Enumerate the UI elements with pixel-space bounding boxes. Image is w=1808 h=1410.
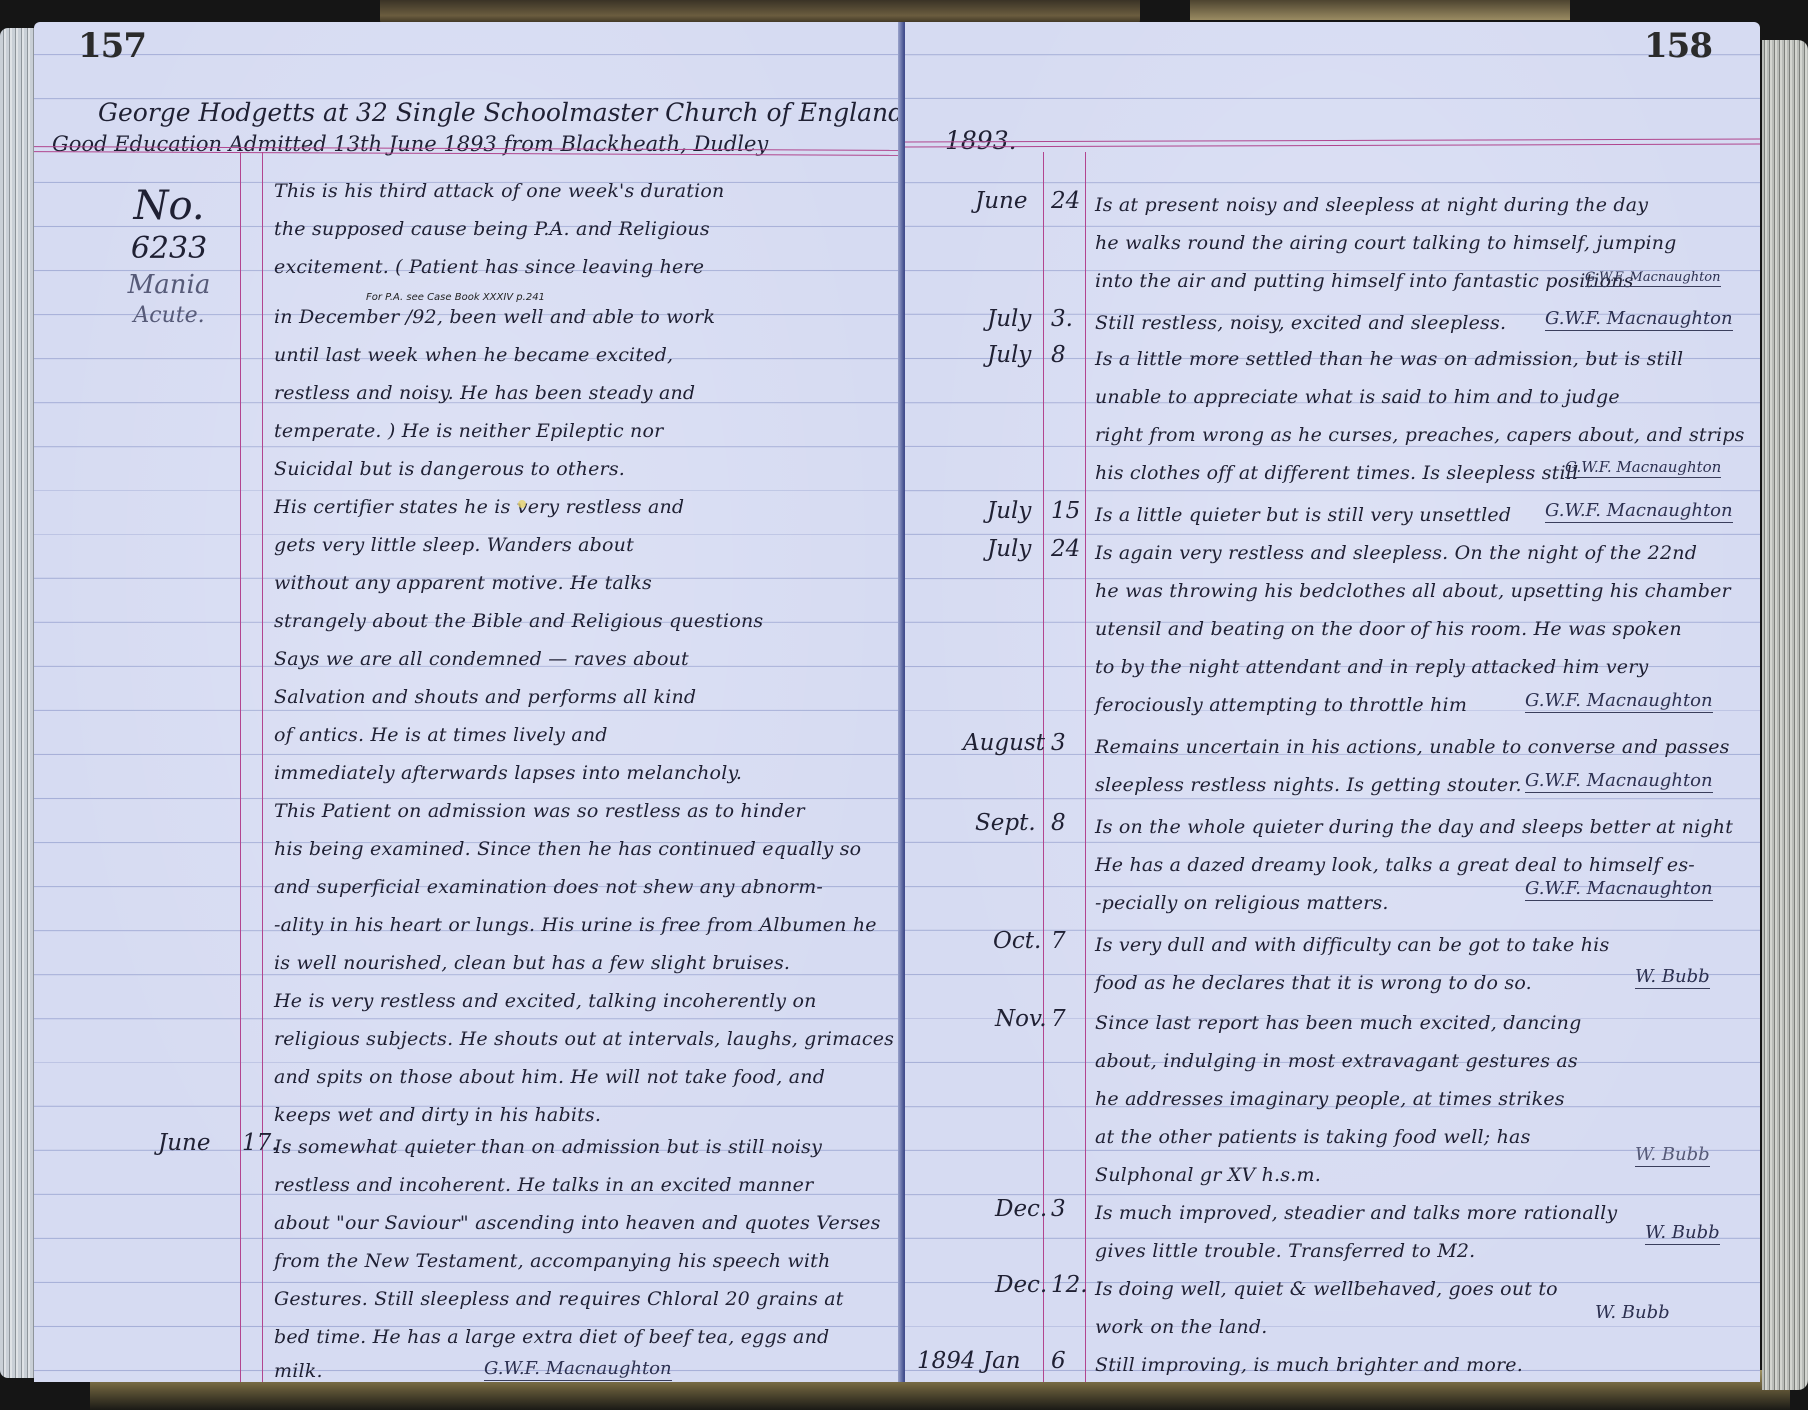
entry-line: unable to appreciate what is said to him… — [1095, 386, 1620, 408]
note-line: religious subjects. He shouts out at int… — [274, 1028, 894, 1050]
entry-line: he walks round the airing court talking … — [1095, 232, 1677, 254]
entry-month: July — [987, 306, 1031, 332]
doctor-signature: G.W.F. Macnaughton — [1565, 458, 1721, 478]
doctor-signature: W. Bubb — [1635, 966, 1710, 989]
entry-line: bed time. He has a large extra diet of b… — [274, 1326, 829, 1348]
entry-line: he addresses imaginary people, at times … — [1095, 1088, 1565, 1110]
entry-day: 24 — [1051, 188, 1080, 214]
doctor-signature: G.W.F. Macnaughton — [1525, 878, 1713, 901]
entry-line: Is on the whole quieter during the day a… — [1095, 816, 1733, 838]
entry-line: utensil and beating on the door of his r… — [1095, 618, 1682, 640]
entry-line: Is a little more settled than he was on … — [1095, 348, 1683, 370]
entry-line: Is again very restless and sleepless. On… — [1095, 542, 1697, 564]
entry-month: July — [987, 536, 1031, 562]
margin-rule — [240, 152, 241, 1382]
entry-month: June — [975, 188, 1027, 214]
entry-line: to by the night attendant and in reply a… — [1095, 656, 1648, 678]
entry-month: 1894 Jan — [917, 1348, 1021, 1374]
entry-month: July — [987, 498, 1031, 524]
note-line: strangely about the Bible and Religious … — [274, 610, 763, 632]
entry-day: 7 — [1051, 1006, 1066, 1032]
note-line: Says we are all condemned — raves about — [274, 648, 689, 670]
entry-line: restless and incoherent. He talks in an … — [274, 1174, 813, 1196]
note-line: temperate. ) He is neither Epileptic nor — [274, 420, 663, 442]
doctor-signature: G.W.F. Macnaughton — [484, 1358, 672, 1381]
case-book-annotation: For P.A. see Case Book XXXIV p.241 — [366, 292, 545, 303]
entry-day: 3 — [1051, 730, 1066, 756]
entry-line: gives little trouble. Transferred to M2. — [1095, 1240, 1475, 1262]
entry-line: milk. — [274, 1360, 323, 1382]
note-line: restless and noisy. He has been steady a… — [274, 382, 695, 404]
page-number: 157 — [78, 26, 146, 66]
note-line: without any apparent motive. He talks — [274, 572, 652, 594]
note-line: until last week when he became excited, — [274, 344, 673, 366]
entry-month: Dec. — [995, 1196, 1047, 1222]
note-line: in December /92, been well and able to w… — [274, 306, 715, 328]
header-rule — [905, 139, 1760, 148]
paper-stain — [518, 500, 526, 508]
entry-month: August — [963, 730, 1045, 756]
entry-month: Nov. — [995, 1006, 1047, 1032]
entry-line: into the air and putting himself into fa… — [1095, 270, 1634, 292]
page-number: 158 — [1644, 26, 1712, 66]
note-line: This Patient on admission was so restles… — [274, 800, 805, 822]
entry-month: July — [987, 342, 1031, 368]
entry-line: Is very dull and with difficulty can be … — [1095, 934, 1609, 956]
left-page: 157 George Hodgetts at 32 Single Schoolm… — [34, 22, 903, 1382]
entry-month: June — [158, 1130, 210, 1156]
entry-day: 24 — [1051, 536, 1080, 562]
note-line: his being examined. Since then he has co… — [274, 838, 861, 860]
entry-line: sleepless restless nights. Is getting st… — [1095, 774, 1522, 796]
entry-line: Since last report has been much excited,… — [1095, 1012, 1581, 1034]
entry-day: 3. — [1051, 306, 1073, 332]
margin-rule — [262, 152, 263, 1382]
entry-month: Sept. — [975, 810, 1036, 836]
entry-line: Still improving, is much brighter and mo… — [1095, 1354, 1523, 1376]
entry-line: He has a dazed dreamy look, talks a grea… — [1095, 854, 1695, 876]
entry-line: from the New Testament, accompanying his… — [274, 1250, 830, 1272]
entry-line: Is somewhat quieter than on admission bu… — [274, 1136, 822, 1158]
note-line: excitement. ( Patient has since leaving … — [274, 256, 704, 278]
entry-day: 12. — [1051, 1272, 1088, 1298]
case-number: 6233 — [94, 230, 244, 268]
note-line: of antics. He is at times lively and — [274, 724, 608, 746]
note-line: the supposed cause being P.A. and Religi… — [274, 218, 710, 240]
patient-header-line1: George Hodgetts at 32 Single Schoolmaste… — [98, 98, 903, 127]
page-stack-left-edge — [0, 28, 34, 1378]
entry-day: 6 — [1051, 1348, 1066, 1374]
entry-line: Still restless, noisy, excited and sleep… — [1095, 312, 1506, 334]
note-line: Suicidal but is dangerous to others. — [274, 458, 625, 480]
entry-line: -pecially on religious matters. — [1095, 892, 1389, 914]
entry-month: Oct. — [993, 928, 1041, 954]
doctor-signature: W. Bubb — [1635, 1144, 1710, 1167]
entry-line: his clothes off at different times. Is s… — [1095, 462, 1578, 484]
doctor-signature: W. Bubb — [1595, 1302, 1670, 1324]
doctor-signature: W. Bubb — [1645, 1222, 1720, 1245]
entry-line: right from wrong as he curses, preaches,… — [1095, 424, 1745, 446]
entry-day: 15 — [1051, 498, 1080, 524]
book-binding-top-right — [1190, 0, 1570, 20]
entry-line: about, indulging in most extravagant ges… — [1095, 1050, 1578, 1072]
entry-line: at the other patients is taking food wel… — [1095, 1126, 1531, 1148]
entry-day: 7 — [1051, 928, 1066, 954]
doctor-signature: G.W.F. Macnaughton — [1545, 308, 1733, 331]
note-line: and spits on those about him. He will no… — [274, 1066, 825, 1088]
entry-day: 8 — [1051, 810, 1066, 836]
entry-line: about "our Saviour" ascending into heave… — [274, 1212, 881, 1234]
entry-line: Is at present noisy and sleepless at nig… — [1095, 194, 1648, 216]
doctor-signature: G.W.F. Macnaughton — [1525, 770, 1713, 793]
entry-line: work on the land. — [1095, 1316, 1267, 1338]
note-line: His certifier states he is very restless… — [274, 496, 684, 518]
entry-line: Sulphonal gr XV h.s.m. — [1095, 1164, 1321, 1186]
doctor-signature: G.W.F. Macnaughton — [1585, 270, 1721, 287]
note-line: immediately afterwards lapses into melan… — [274, 762, 742, 784]
entry-line: ferociously attempting to throttle him — [1095, 694, 1467, 716]
note-line: -ality in his heart or lungs. His urine … — [274, 914, 877, 936]
note-line: This is his third attack of one week's d… — [274, 180, 724, 202]
note-line: and superficial examination does not she… — [274, 876, 823, 898]
diagnosis-type: Acute. — [94, 302, 244, 330]
page-stack-right-edge — [1762, 40, 1808, 1390]
note-line: He is very restless and excited, talking… — [274, 990, 817, 1012]
entry-line: Remains uncertain in his actions, unable… — [1095, 736, 1730, 758]
entry-line: Is doing well, quiet & wellbehaved, goes… — [1095, 1278, 1558, 1300]
entry-month: Dec. — [995, 1272, 1047, 1298]
entry-line: food as he declares that it is wrong to … — [1095, 972, 1532, 994]
case-no-label: No. — [94, 182, 244, 230]
entry-day: 3 — [1051, 1196, 1066, 1222]
date-column-rule — [1085, 152, 1086, 1382]
doctor-signature: G.W.F. Macnaughton — [1525, 690, 1713, 713]
entry-line: Is much improved, steadier and talks mor… — [1095, 1202, 1617, 1224]
right-page: 158 1893. June 24 Is at present noisy an… — [905, 22, 1760, 1382]
diagnosis-form: Mania — [94, 268, 244, 302]
note-line: Salvation and shouts and performs all ki… — [274, 686, 696, 708]
entry-line: he was throwing his bedclothes all about… — [1095, 580, 1731, 602]
doctor-signature: G.W.F. Macnaughton — [1545, 500, 1733, 523]
note-line: is well nourished, clean but has a few s… — [274, 952, 790, 974]
entry-day: 8 — [1051, 342, 1066, 368]
entry-line: Is a little quieter but is still very un… — [1095, 504, 1511, 526]
note-line: keeps wet and dirty in his habits. — [274, 1104, 601, 1126]
note-line: gets very little sleep. Wanders about — [274, 534, 634, 556]
entry-line: Gestures. Still sleepless and requires C… — [274, 1288, 844, 1310]
case-margin: No. 6233 Mania Acute. — [94, 182, 244, 330]
